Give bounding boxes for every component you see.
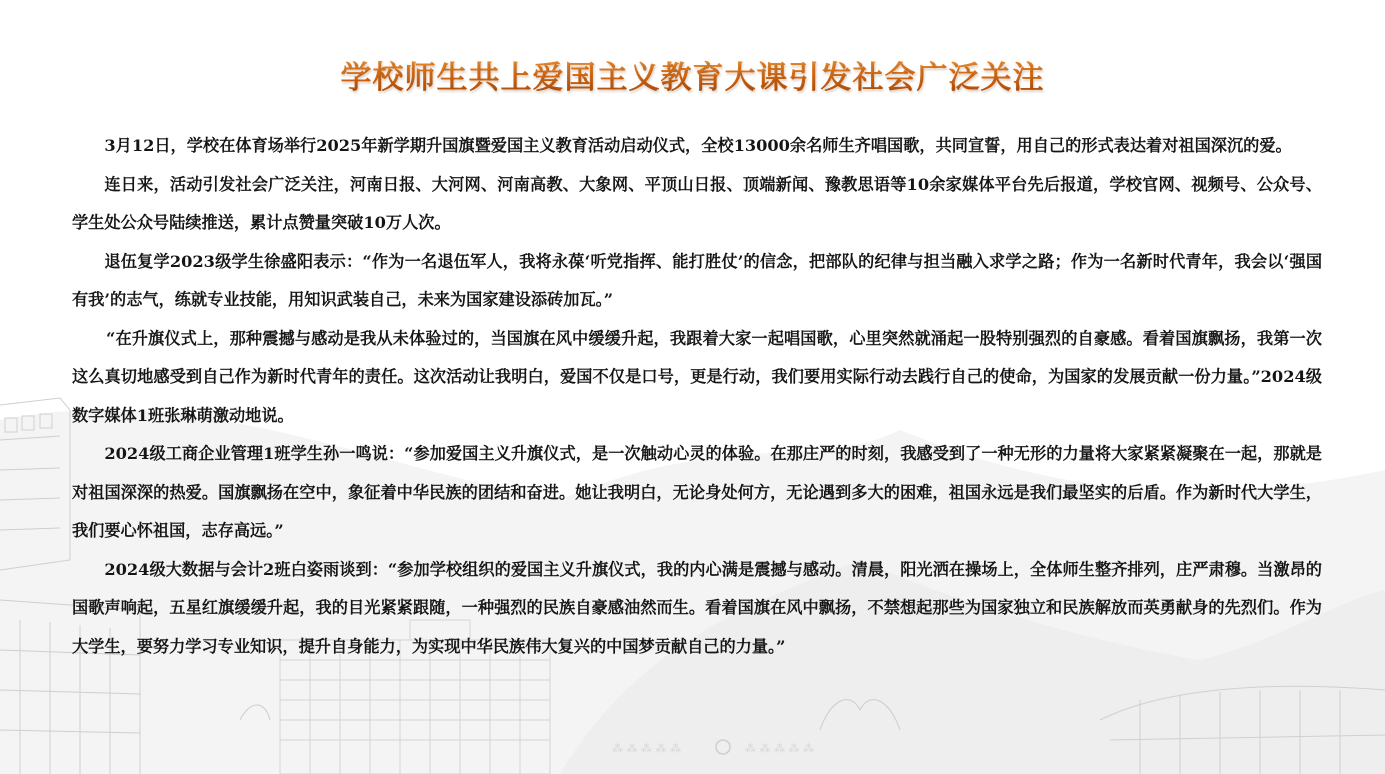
- slide: ⁂ ⁂ ⁂ ⁂ ⁂ ⁂ ⁂ ⁂ ⁂ ⁂ 学校师生共上爱国主义教育大课引发社会广泛…: [0, 0, 1385, 774]
- paragraph-quote-xu-shengyang: 退伍复学2023级学生徐盛阳表示：“作为一名退伍军人，我将永葆‘听党指挥、能打胜…: [72, 243, 1322, 320]
- page-title: 学校师生共上爱国主义教育大课引发社会广泛关注: [0, 52, 1385, 97]
- svg-text:⁂ ⁂ ⁂ ⁂ ⁂: ⁂ ⁂ ⁂ ⁂ ⁂: [612, 742, 681, 755]
- article-body: 3月12日，学校在体育场举行2025年新学期升国旗暨爱国主义教育活动启动仪式，全…: [72, 127, 1322, 666]
- svg-text:⁂ ⁂ ⁂ ⁂ ⁂: ⁂ ⁂ ⁂ ⁂ ⁂: [745, 742, 814, 755]
- paragraph-quote-zhang-linmeng: “在升旗仪式上，那种震撼与感动是我从未体验过的，当国旗在风中缓缓升起，我跟着大家…: [72, 320, 1322, 436]
- paragraph-media-coverage: 连日来，活动引发社会广泛关注，河南日报、大河网、河南高教、大象网、平顶山日报、顶…: [72, 166, 1322, 243]
- paragraph-ceremony: 3月12日，学校在体育场举行2025年新学期升国旗暨爱国主义教育活动启动仪式，全…: [72, 127, 1322, 166]
- paragraph-quote-sun-yiming: 2024级工商企业管理1班学生孙一鸣说：“参加爱国主义升旗仪式，是一次触动心灵的…: [72, 435, 1322, 551]
- paragraph-quote-bai-ziyu: 2024级大数据与会计2班白姿雨谈到：“参加学校组织的爱国主义升旗仪式，我的内心…: [72, 551, 1322, 667]
